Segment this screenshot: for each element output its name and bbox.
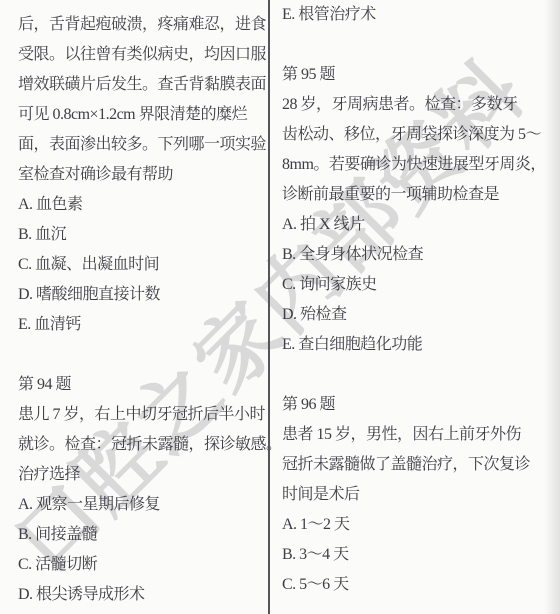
option-item: B. 3～4 天 bbox=[282, 540, 550, 570]
option-item: D. 根尖诱导成形术 bbox=[18, 580, 268, 610]
option-item: C. 询问家族史 bbox=[282, 270, 550, 300]
question-body-line: 28 岁，牙周病患者。检查：多数牙 bbox=[282, 90, 550, 120]
option-item: E. 查白细胞趋化功能 bbox=[282, 330, 550, 360]
block-spacer bbox=[282, 360, 550, 390]
option-item: B. 血沉 bbox=[18, 220, 268, 250]
question-body-line: 诊断前最重要的一项辅助检查是 bbox=[282, 180, 550, 210]
option-item: C. 活髓切断 bbox=[18, 550, 268, 580]
exam-page: 口腔之家内部资料 后，舌背起疱破溃，疼痛难忍，进食 受限。以往曾有类似病史，均因… bbox=[0, 0, 560, 614]
question-body-line: 8mm。若要确诊为快速进展型牙周炎， bbox=[282, 150, 550, 180]
option-item: B. 全身身体状况检查 bbox=[282, 240, 550, 270]
option-item: D. 嗜酸细胞直接计数 bbox=[18, 280, 268, 310]
option-item: C. 5～6 天 bbox=[282, 570, 550, 600]
question-body-line: 患儿 7 岁，右上中切牙冠折后半小时 bbox=[18, 400, 268, 430]
option-item: A. 血色素 bbox=[18, 190, 268, 220]
question-body-line: 冠折未露髓做了盖髓治疗，下次复诊 bbox=[282, 450, 550, 480]
question-body-line: 室检查对确诊最有帮助 bbox=[18, 160, 268, 190]
option-item: A. 拍 X 线片 bbox=[282, 210, 550, 240]
question-body-line: 增效联磺片后发生。查舌背黏膜表面 bbox=[18, 70, 268, 100]
block-spacer bbox=[18, 340, 268, 370]
question-number: 第 95 题 bbox=[282, 60, 550, 90]
option-item: A. 1～2 天 bbox=[282, 510, 550, 540]
block-spacer bbox=[282, 30, 550, 60]
question-number: 第 96 题 bbox=[282, 390, 550, 420]
question-body-line: 面，表面渗出较多。下列哪一项实验 bbox=[18, 130, 268, 160]
option-item: A. 观察一星期后修复 bbox=[18, 490, 268, 520]
option-item: D. 殆检查 bbox=[282, 300, 550, 330]
question-body-line: 患者 15 岁，男性，因右上前牙外伤 bbox=[282, 420, 550, 450]
question-number: 第 94 题 bbox=[18, 370, 268, 400]
option-item: E. 血清钙 bbox=[18, 310, 268, 340]
column-divider-line bbox=[268, 0, 270, 614]
option-item: C. 血凝、出凝血时间 bbox=[18, 250, 268, 280]
question-body-line: 齿松动、移位，牙周袋探诊深度为 5～ bbox=[282, 120, 550, 150]
question-body-line: 时间是术后 bbox=[282, 480, 550, 510]
question-body-line: 受限。以往曾有类似病史，均因口服 bbox=[18, 40, 268, 70]
question-body-line: 可见 0.8cm×1.2cm 界限清楚的糜烂 bbox=[18, 100, 268, 130]
question-body-line: 就诊。检查：冠折未露髓，探诊敏感。 bbox=[18, 430, 268, 460]
question-body-line: 治疗选择 bbox=[18, 460, 268, 490]
left-column: 后，舌背起疱破溃，疼痛难忍，进食 受限。以往曾有类似病史，均因口服 增效联磺片后… bbox=[18, 10, 268, 610]
option-item: E. 根管治疗术 bbox=[282, 0, 550, 30]
option-item: B. 间接盖髓 bbox=[18, 520, 268, 550]
right-column: E. 根管治疗术 第 95 题 28 岁，牙周病患者。检查：多数牙 齿松动、移位… bbox=[282, 0, 550, 600]
question-body-line: 后，舌背起疱破溃，疼痛难忍，进食 bbox=[18, 10, 268, 40]
